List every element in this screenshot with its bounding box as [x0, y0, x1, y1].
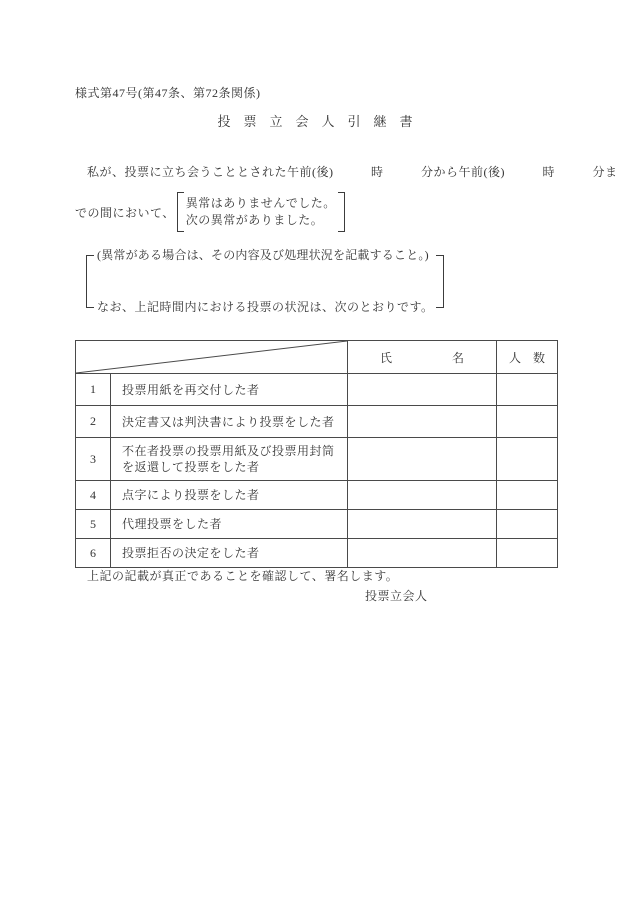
row-count-cell — [497, 539, 558, 568]
note-instruction: (異常がある場合は、その内容及び処理状況を記載すること。) — [97, 248, 429, 263]
table-row: 6 投票拒否の決定をした者 — [76, 539, 558, 568]
row-name-cell — [348, 374, 497, 406]
document-page: 様式第47号(第47条、第72条関係) 投 票 立 会 人 引 継 書 私が、投… — [0, 0, 630, 915]
table-row: 1 投票用紙を再交付した者 — [76, 374, 558, 406]
row-count-cell — [497, 510, 558, 539]
table-row: 5 代理投票をした者 — [76, 510, 558, 539]
signer-label: 投票立会人 — [365, 587, 428, 604]
row-number: 6 — [76, 539, 111, 568]
note-closing: なお、上記時間内における投票の状況は、次のとおりです。 — [97, 300, 434, 315]
form-number: 様式第47号(第47条、第72条関係) — [75, 84, 261, 101]
row-name-cell — [348, 510, 497, 539]
table-header-row: 氏 名 人 数 — [76, 341, 558, 374]
row-item-label: 決定書又は判決書により投票をした者 — [111, 406, 348, 438]
document-title: 投 票 立 会 人 引 継 書 — [0, 111, 630, 130]
table-row: 4 点字により投票をした者 — [76, 481, 558, 510]
row-count-cell — [497, 406, 558, 438]
row-number: 2 — [76, 406, 111, 438]
row-item-label: 不在者投票の投票用紙及び投票用封筒を返還して投票をした者 — [111, 438, 348, 481]
confirmation-text: 上記の記載が真正であることを確認して、署名します。 — [75, 567, 398, 584]
table-row: 3 不在者投票の投票用紙及び投票用封筒を返還して投票をした者 — [76, 438, 558, 481]
row-name-cell — [348, 539, 497, 568]
row-name-cell — [348, 438, 497, 481]
row-number: 1 — [76, 374, 111, 406]
row-number: 5 — [76, 510, 111, 539]
statement-line2-prefix: での間において、 — [75, 204, 175, 221]
row-count-cell — [497, 374, 558, 406]
row-count-cell — [497, 481, 558, 510]
diagonal-header-cell — [76, 341, 348, 374]
row-item-label: 点字により投票をした者 — [111, 481, 348, 510]
choice-no-abnormality: 異常はありませんでした。 — [186, 195, 336, 212]
note-bracket-left — [86, 255, 94, 308]
row-name-cell — [348, 406, 497, 438]
table-row: 2 決定書又は判決書により投票をした者 — [76, 406, 558, 438]
row-number: 4 — [76, 481, 111, 510]
header-count: 人 数 — [497, 341, 558, 374]
row-item-label: 投票拒否の決定をした者 — [111, 539, 348, 568]
statement-line2: での間において、 異常はありませんでした。 次の異常がありました。 — [75, 192, 345, 232]
table-body: 1 投票用紙を再交付した者 2 決定書又は判決書により投票をした者 3 不在者投… — [76, 374, 558, 568]
diagonal-line — [76, 341, 347, 373]
abnormality-note-area: (異常がある場合は、その内容及び処理状況を記載すること。) なお、上記時間内にお… — [86, 248, 444, 318]
note-bracket-right — [436, 255, 444, 308]
row-item-label: 代理投票をした者 — [111, 510, 348, 539]
choice-abnormality: 次の異常がありました。 — [186, 212, 336, 229]
row-name-cell — [348, 481, 497, 510]
statement-line1: 私が、投票に立ち会うこととされた午前(後) 時 分から午前(後) 時 分ま — [75, 163, 618, 180]
header-name: 氏 名 — [348, 341, 497, 374]
row-count-cell — [497, 438, 558, 481]
choices-bracket: 異常はありませんでした。 次の異常がありました。 — [177, 192, 345, 232]
row-item-label: 投票用紙を再交付した者 — [111, 374, 348, 406]
row-number: 3 — [76, 438, 111, 481]
voting-status-table: 氏 名 人 数 1 投票用紙を再交付した者 2 決定書又は判決書により投票をした… — [75, 340, 558, 568]
